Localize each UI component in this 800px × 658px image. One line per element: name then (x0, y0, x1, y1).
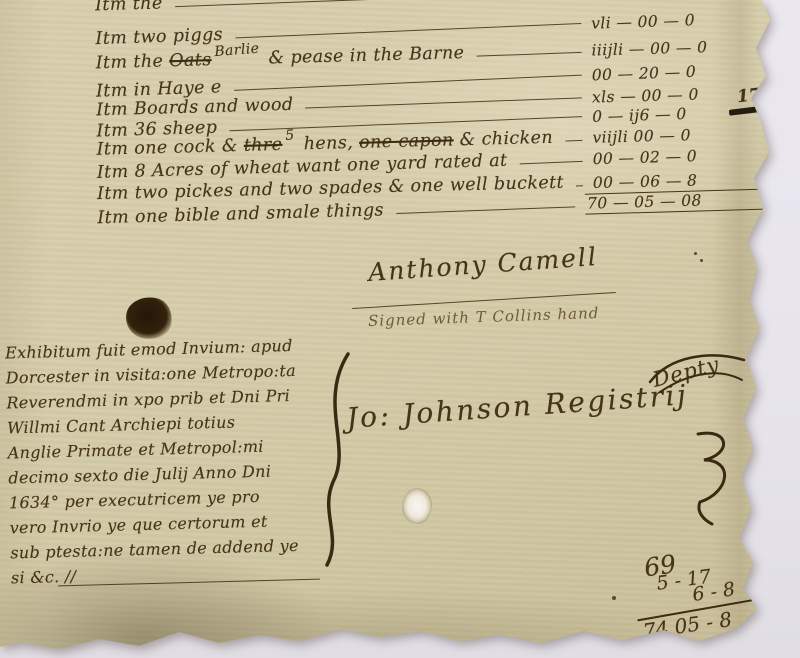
inventory-item: Itm the (95, 0, 163, 15)
ink-rule-line (520, 160, 583, 164)
struck-word: one capon (359, 130, 454, 152)
inserted-word: Barlie (214, 41, 260, 61)
paper-speck (612, 596, 616, 600)
registrar-signature: Jo: Johnson Registrij (345, 378, 689, 435)
ink-rule-line (235, 22, 581, 39)
witness-signature: Anthony Camell (367, 242, 599, 287)
item-text: & chicken (459, 128, 553, 150)
margin-annotation: 17 (736, 85, 762, 107)
ink-rule-line (565, 139, 582, 142)
ink-rule-line (476, 51, 581, 57)
inventory-value: 1li. (591, 0, 763, 1)
scanner-background: Itm the 1li. Itm two piggs vli — 00 — 0 … (0, 0, 800, 658)
item-text: & pease in the Barne (268, 43, 464, 68)
pen-flourish-icon (688, 428, 738, 528)
ink-rule-line (576, 184, 583, 186)
inventory-item: Itm one bible and smale things (97, 200, 384, 228)
inventory-total-value: 70 — 05 — 08 (585, 189, 766, 215)
manuscript-paper: Itm the 1li. Itm two piggs vli — 00 — 0 … (0, 0, 800, 658)
inserted-word: 5 (285, 127, 296, 144)
inventory-value: vli — 00 — 0 (591, 9, 764, 33)
mark-note: Signed with T Collins hand (368, 304, 600, 330)
inventory-item: Itm two piggs (95, 25, 223, 49)
struck-word: Oats (169, 50, 212, 71)
item-text: hens, (303, 133, 353, 154)
inventory-value: iiijli — 00 — 0 (591, 37, 763, 60)
latin-probate-note: Exhibitum fuit emod Invium: apud Dorcest… (5, 332, 351, 591)
inventory-list: Itm the 1li. Itm two piggs vli — 00 — 0 … (95, 0, 763, 3)
ink-rule-line (396, 205, 575, 214)
item-text: Itm one cock & (96, 136, 238, 160)
paper-speck (700, 259, 703, 262)
ink-rule-line (175, 0, 581, 7)
paper-hole (402, 488, 432, 524)
struck-word: thre (244, 135, 283, 156)
sum-calculations: 69 5 - 17 6 - 8 74 05 - 8 (623, 536, 778, 644)
paper-speck (694, 252, 697, 255)
inventory-item: Itm the OatsBarlie & pease in the Barne (95, 43, 464, 73)
item-text: Itm the (95, 51, 163, 73)
inventory-value: 00 — 02 — 0 (592, 145, 764, 168)
pen-flourish-icon (648, 348, 748, 398)
inventory-value: 00 — 20 — 0 (591, 60, 764, 84)
